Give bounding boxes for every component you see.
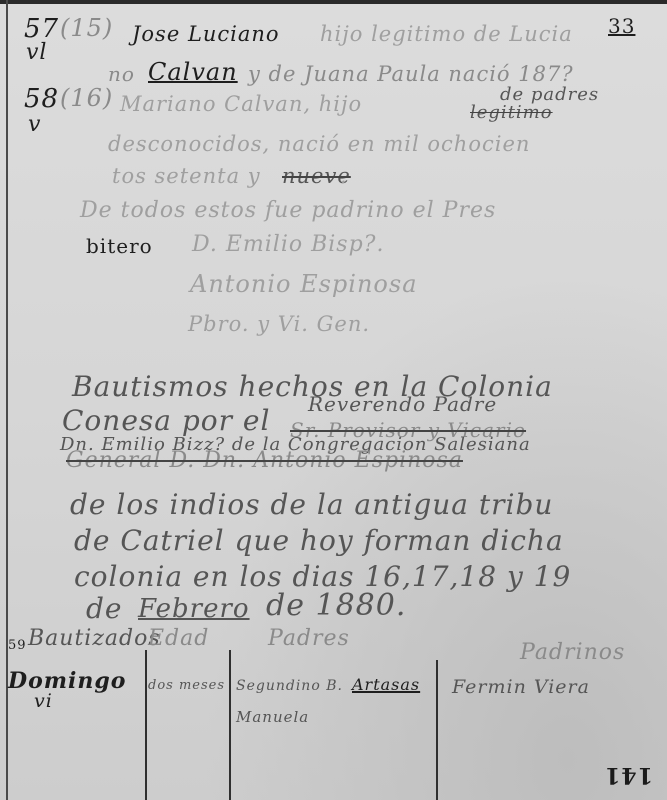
page-number-stamp: 141 <box>604 762 653 788</box>
page-top-edge <box>0 0 667 4</box>
heading-line: de 1880. <box>266 588 406 623</box>
folio-number: 33 <box>608 14 635 38</box>
column-header-baptized: Bautizados <box>28 626 161 651</box>
sponsor-note: bitero <box>86 234 153 258</box>
entry-text: . <box>340 164 348 188</box>
entry-sub-number: (16) <box>60 84 113 112</box>
column-header-parents: Padres <box>268 626 350 651</box>
column-header-godparents: Padrinos <box>520 640 625 665</box>
heading-line: de <box>86 592 123 625</box>
struck-text: General D. Dn. Antonio Espinosa <box>66 448 463 473</box>
entry-number: 58 <box>24 84 59 114</box>
baptized-name: Domingo <box>8 668 126 694</box>
sponsor-note: De todos estos fue padrino el Pres <box>80 198 496 223</box>
signature-title: Pbro. y Vi. Gen. <box>188 312 370 336</box>
sponsor-name: D. Emilio Bisp?. <box>192 232 384 257</box>
column-divider <box>229 650 231 800</box>
inserted-text: de padres <box>500 84 599 105</box>
entry-text: tos setenta y <box>112 164 261 188</box>
struck-text: legitimo <box>470 102 553 123</box>
entry-surname: Calvan <box>148 58 238 86</box>
heading-line: de los indios de la antigua tribu <box>70 488 553 521</box>
column-divider <box>145 650 147 800</box>
row-number: 59 <box>8 638 27 653</box>
entry-name: Jose Luciano <box>132 22 280 46</box>
entry-margin-note: v <box>28 112 41 137</box>
entry-sub-number: (15) <box>60 14 113 42</box>
entry-text: hijo legitimo de Lucia <box>320 22 573 46</box>
parents-father: Segundino B. <box>236 678 343 694</box>
entry-text: no <box>108 62 135 86</box>
entry-margin-note: vl <box>26 40 47 65</box>
entry-name: Mariano Calvan, hijo <box>120 92 362 116</box>
entry-text: y de Juana Paula nació 187? <box>248 62 574 86</box>
parents-mother: Manuela <box>236 708 309 726</box>
age-value: dos meses <box>148 678 225 693</box>
inserted-text: Reverendo Padre <box>308 392 497 416</box>
godparents-value: Fermin Viera <box>452 676 590 698</box>
column-header-age: Edad <box>148 626 209 651</box>
parents-surname: Artasas <box>352 675 420 694</box>
column-divider <box>436 660 438 800</box>
signature: Antonio Espinosa <box>190 270 418 298</box>
baptized-note: vi <box>34 690 53 712</box>
heading-line: de Catriel que hoy forman dicha <box>74 524 564 557</box>
heading-month: Febrero <box>138 594 250 624</box>
register-page: 57 (15) vl Jose Luciano hijo legitimo de… <box>0 0 667 800</box>
heading-line: Conesa por el <box>62 404 270 437</box>
entry-text: desconocidos, nació en mil ochocien <box>108 132 530 156</box>
